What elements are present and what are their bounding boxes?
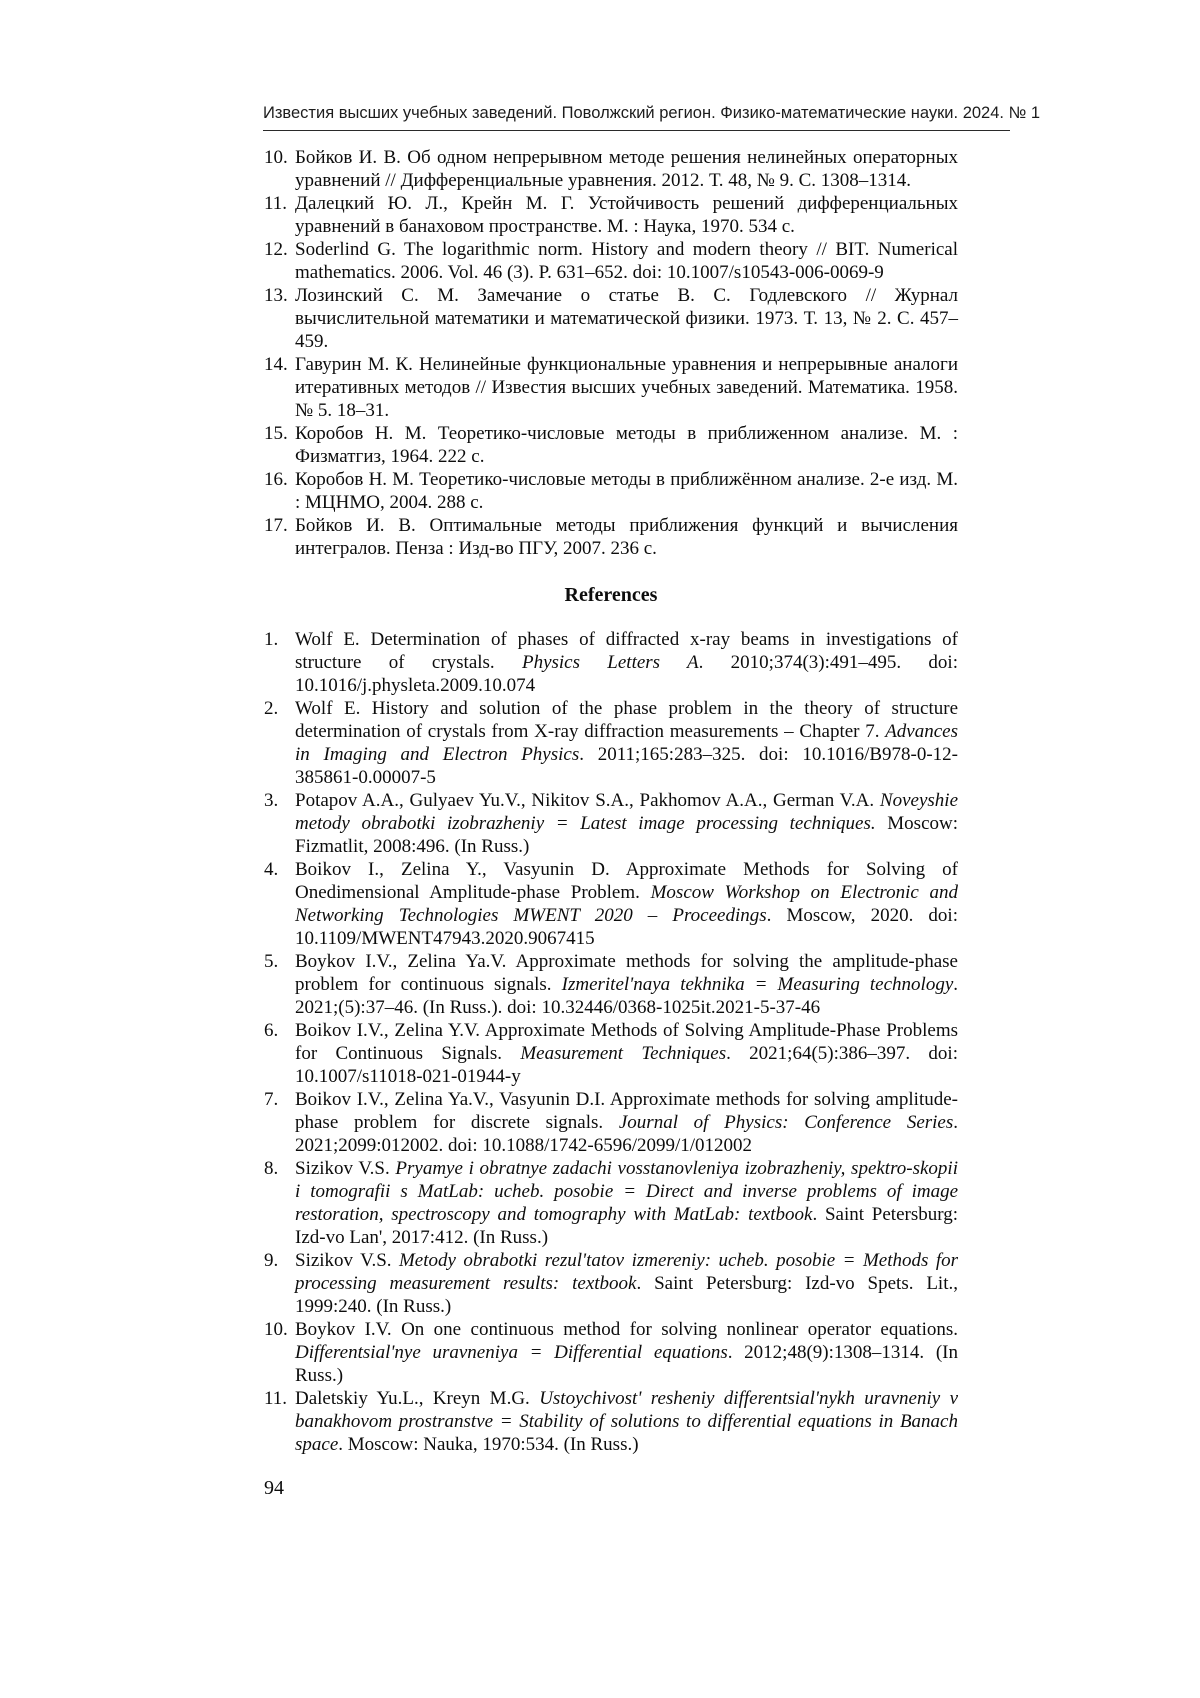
reference-item: 17.Бойков И. В. Оптимальные методы прибл… xyxy=(264,514,958,560)
reference-item: 14.Гавурин М. К. Нелинейные функциональн… xyxy=(264,353,958,422)
reference-text: Potapov A.A., Gulyaev Yu.V., Nikitov S.A… xyxy=(295,790,958,857)
reference-item: 16.Коробов Н. М. Теоретико-числовые мето… xyxy=(264,468,958,514)
journal-running-head: Известия высших учебных заведений. Повол… xyxy=(263,103,1010,131)
reference-number: 11. xyxy=(264,192,287,215)
reference-number: 9. xyxy=(264,1249,278,1272)
reference-number: 13. xyxy=(264,284,288,307)
reference-text: Гавурин М. К. Нелинейные функциональные … xyxy=(295,354,958,421)
reference-number: 14. xyxy=(264,353,288,376)
reference-text: Boikov I.V., Zelina Y.V. Approximate Met… xyxy=(295,1020,958,1087)
reference-text: Бойков И. В. Об одном непрерывном методе… xyxy=(295,147,958,191)
reference-text: Коробов Н. М. Теоретико-числовые методы … xyxy=(295,469,958,513)
reference-number: 15. xyxy=(264,422,288,445)
reference-number: 7. xyxy=(264,1088,278,1111)
reference-text: Daletskiy Yu.L., Kreyn M.G. Ustoychivost… xyxy=(295,1388,958,1455)
reference-item: 2.Wolf E. History and solution of the ph… xyxy=(264,697,958,789)
reference-item: 7.Boikov I.V., Zelina Ya.V., Vasyunin D.… xyxy=(264,1088,958,1157)
reference-item: 10.Boykov I.V. On one continuous method … xyxy=(264,1318,958,1387)
reference-number: 8. xyxy=(264,1157,278,1180)
page-content: 10.Бойков И. В. Об одном непрерывном мет… xyxy=(264,146,958,1500)
reference-text: Коробов Н. М. Теоретико-числовые методы … xyxy=(295,423,958,467)
reference-number: 11. xyxy=(264,1387,287,1410)
reference-text: Boykov I.V., Zelina Ya.V. Approximate me… xyxy=(295,951,958,1018)
reference-item: 12.Soderlind G. The logarithmic norm. Hi… xyxy=(264,238,958,284)
reference-item: 4.Boikov I., Zelina Y., Vasyunin D. Appr… xyxy=(264,858,958,950)
reference-item: 8.Sizikov V.S. Pryamye i obratnye zadach… xyxy=(264,1157,958,1249)
russian-reference-list: 10.Бойков И. В. Об одном непрерывном мет… xyxy=(264,146,958,560)
reference-number: 10. xyxy=(264,146,288,169)
reference-item: 9.Sizikov V.S. Metody obrabotki rezul'ta… xyxy=(264,1249,958,1318)
reference-number: 2. xyxy=(264,697,278,720)
reference-number: 3. xyxy=(264,789,278,812)
reference-text: Sizikov V.S. Pryamye i obratnye zadachi … xyxy=(295,1158,958,1248)
reference-item: 5.Boykov I.V., Zelina Ya.V. Approximate … xyxy=(264,950,958,1019)
reference-number: 5. xyxy=(264,950,278,973)
reference-number: 1. xyxy=(264,628,278,651)
reference-number: 12. xyxy=(264,238,288,261)
reference-text: Далецкий Ю. Л., Крейн М. Г. Устойчивость… xyxy=(295,193,958,237)
reference-item: 10.Бойков И. В. Об одном непрерывном мет… xyxy=(264,146,958,192)
reference-text: Soderlind G. The logarithmic norm. Histo… xyxy=(295,239,958,283)
reference-text: Wolf E. Determination of phases of diffr… xyxy=(295,629,958,696)
document-page: Известия высших учебных заведений. Повол… xyxy=(0,0,1200,1698)
reference-number: 4. xyxy=(264,858,278,881)
reference-text: Бойков И. В. Оптимальные методы приближе… xyxy=(295,515,958,559)
reference-item: 15.Коробов Н. М. Теоретико-числовые мето… xyxy=(264,422,958,468)
reference-item: 11.Далецкий Ю. Л., Крейн М. Г. Устойчиво… xyxy=(264,192,958,238)
reference-text: Boikov I.V., Zelina Ya.V., Vasyunin D.I.… xyxy=(295,1089,958,1156)
reference-text: Sizikov V.S. Metody obrabotki rezul'tato… xyxy=(295,1250,958,1317)
reference-item: 13.Лозинский С. М. Замечание о статье В.… xyxy=(264,284,958,353)
reference-text: Boikov I., Zelina Y., Vasyunin D. Approx… xyxy=(295,859,958,949)
reference-number: 16. xyxy=(264,468,288,491)
page-number: 94 xyxy=(264,1476,958,1500)
reference-item: 1.Wolf E. Determination of phases of dif… xyxy=(264,628,958,697)
reference-number: 17. xyxy=(264,514,288,537)
reference-item: 6.Boikov I.V., Zelina Y.V. Approximate M… xyxy=(264,1019,958,1088)
reference-text: Wolf E. History and solution of the phas… xyxy=(295,698,958,788)
references-heading: References xyxy=(264,582,958,608)
reference-text: Boykov I.V. On one continuous method for… xyxy=(295,1319,958,1386)
reference-item: 3.Potapov A.A., Gulyaev Yu.V., Nikitov S… xyxy=(264,789,958,858)
reference-item: 11.Daletskiy Yu.L., Kreyn M.G. Ustoychiv… xyxy=(264,1387,958,1456)
reference-number: 10. xyxy=(264,1318,288,1341)
reference-number: 6. xyxy=(264,1019,278,1042)
reference-text: Лозинский С. М. Замечание о статье В. С.… xyxy=(295,285,958,352)
english-reference-list: 1.Wolf E. Determination of phases of dif… xyxy=(264,628,958,1456)
